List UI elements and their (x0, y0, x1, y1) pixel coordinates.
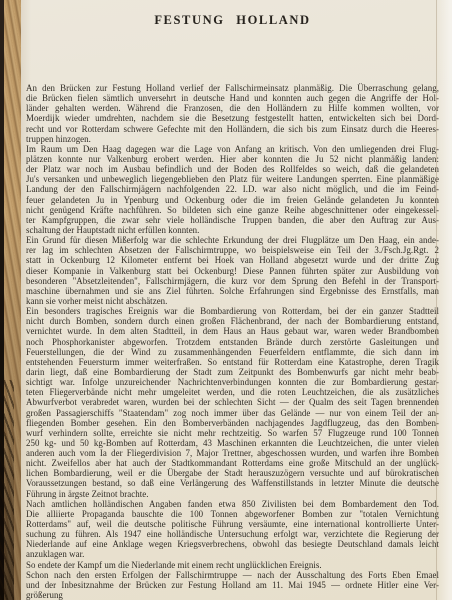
text-line: fliegenden Bomber gesehen. Ein den Bombe… (26, 418, 439, 428)
text-line: An den Brücken zur Festung Holland verli… (26, 83, 439, 93)
text-line: entstehenden Feuersturm immer weiterfraß… (26, 357, 439, 367)
book-photo: FESTUNG HOLLAND An den Brücken zur Festu… (0, 0, 452, 600)
text-line: sichtigt war. Infolge unzureichender Nac… (26, 377, 439, 387)
paragraph: Im Raum um Den Haag dagegen war die Lage… (26, 144, 439, 235)
text-line: schaltung der Hauptstadt nicht erfüllen … (26, 225, 439, 235)
text-line: Moerdijk wieder umdrehten, nachdem sie d… (26, 113, 439, 123)
text-line: lichen Bombardierung, weil er die Überga… (26, 468, 439, 478)
text-line: So endete der Kampf um die Niederlande m… (26, 560, 439, 570)
text-line: ter Kampfgruppen, die zwar sehr viele ho… (26, 215, 439, 225)
text-line: nicht genügend Kräfte nachführen. So bil… (26, 205, 439, 215)
paragraph: Schon nach den ersten Erfolgen der Falls… (26, 570, 439, 600)
text-line: recht und vor Rotterdam schwere Gefechte… (26, 124, 439, 134)
text-line: der Platz war noch im Ausbau befindlich … (26, 164, 439, 174)
text-line: Feuerstellungen, die der Wind zu zusamme… (26, 347, 439, 357)
text-line: 250 kg- und 50 kg-Bomben auf Rotterdam, … (26, 438, 439, 448)
text-line: Abwurfverbot verabredet waren, wurden be… (26, 397, 439, 407)
text-line: noch Phosphorkanister abgeworfen. Trotzd… (26, 337, 439, 347)
text-line: Im Raum um Den Haag dagegen war die Lage… (26, 144, 439, 154)
article-body: An den Brücken zur Festung Holland verli… (26, 83, 439, 600)
text-line: kann sie vorher meist nicht abschätzen. (26, 296, 439, 306)
text-line: Ein Grund für diesen Mißerfolg war die s… (26, 235, 439, 245)
text-line: nicht durch Bomben, sondern durch einen … (26, 316, 439, 326)
text-line: Die alliierte Propaganda bauschte die 10… (26, 509, 439, 519)
text-line: Nach amtlichen holländischen Angaben fan… (26, 499, 439, 509)
paragraph: So endete der Kampf um die Niederlande m… (26, 560, 439, 570)
text-line: plätzen konnte nur Valkenburg erobert we… (26, 154, 439, 164)
text-line: die Brücken fielen sämtlich unversehrt i… (26, 93, 439, 103)
page-title: FESTUNG HOLLAND (26, 0, 439, 28)
text-line: Führung in ärgste Zeitnot brachte. (26, 489, 439, 499)
text-line: darin liegt, daß eine Bombardierung der … (26, 367, 439, 377)
text-line: Voraussetzungen bestand, so daß eine Ver… (26, 478, 439, 488)
page-right-highlight (437, 0, 452, 600)
text-line: Schon nach den ersten Erfolgen der Falls… (26, 570, 439, 580)
book-spine-shadow (0, 380, 14, 600)
text-line: truppen hinzogen. (26, 134, 439, 144)
text-line: großen Passagierschiffs "Staatendam" zog… (26, 408, 439, 418)
text-line: statt in Ockenburg 12 Kilometer entfernt… (26, 255, 439, 265)
text-line: feuer gelandeten Ju in Ypenburg und Ocke… (26, 195, 439, 205)
text-line: dieser Kompanie in Valkenburg statt bei … (26, 266, 439, 276)
paragraph: Ein besonders tragisches Ereignis war di… (26, 306, 439, 499)
text-line: größerung (26, 590, 439, 600)
text-line: suchung zu führen. Als 1947 eine holländ… (26, 529, 439, 539)
text-line: und der Inbesitznahme der Brücken zur Fe… (26, 580, 439, 590)
paragraph: An den Brücken zur Festung Holland verli… (26, 83, 439, 144)
book-page: FESTUNG HOLLAND An den Brücken zur Festu… (21, 0, 452, 600)
page-gutter-shadow (21, 0, 31, 600)
text-line: anderen auch vom Ia der Fliegerdivision … (26, 448, 439, 458)
text-line: teten Fliegerverbände nicht mehr umgelei… (26, 387, 439, 397)
paragraph: Ein Grund für diesen Mißerfolg war die s… (26, 235, 439, 306)
text-line: wurf verhindern sollte, erreichte sie ni… (26, 428, 439, 438)
text-line: anzuklagen war. (26, 549, 439, 559)
text-line: besonderen "Absetzleitenden", Fallschirm… (26, 276, 439, 286)
paragraph: Nach amtlichen holländischen Angaben fan… (26, 499, 439, 560)
text-line: Ein besonders tragisches Ereignis war di… (26, 306, 439, 316)
text-line: länder gehalten werden. Während die Fran… (26, 103, 439, 113)
text-line: rer lag im schlechten Absetzen der Falls… (26, 245, 439, 255)
text-line: Niederlande auf eine Anklage wegen Krieg… (26, 539, 439, 549)
text-line: Rotterdams" auf, weil die deutsche polit… (26, 519, 439, 529)
text-line: nicht. Zweifellos aber hat auch der Stad… (26, 458, 439, 468)
text-line: vernichtet wurde. In dem alten Stadtteil… (26, 326, 439, 336)
text-line: Landung der den Fallschirmjägern nachfol… (26, 184, 439, 194)
text-line: maschine übernahmen und sie ans Ziel füh… (26, 286, 439, 296)
text-line: Ju's versanken und unbeweglich liegengeb… (26, 174, 439, 184)
